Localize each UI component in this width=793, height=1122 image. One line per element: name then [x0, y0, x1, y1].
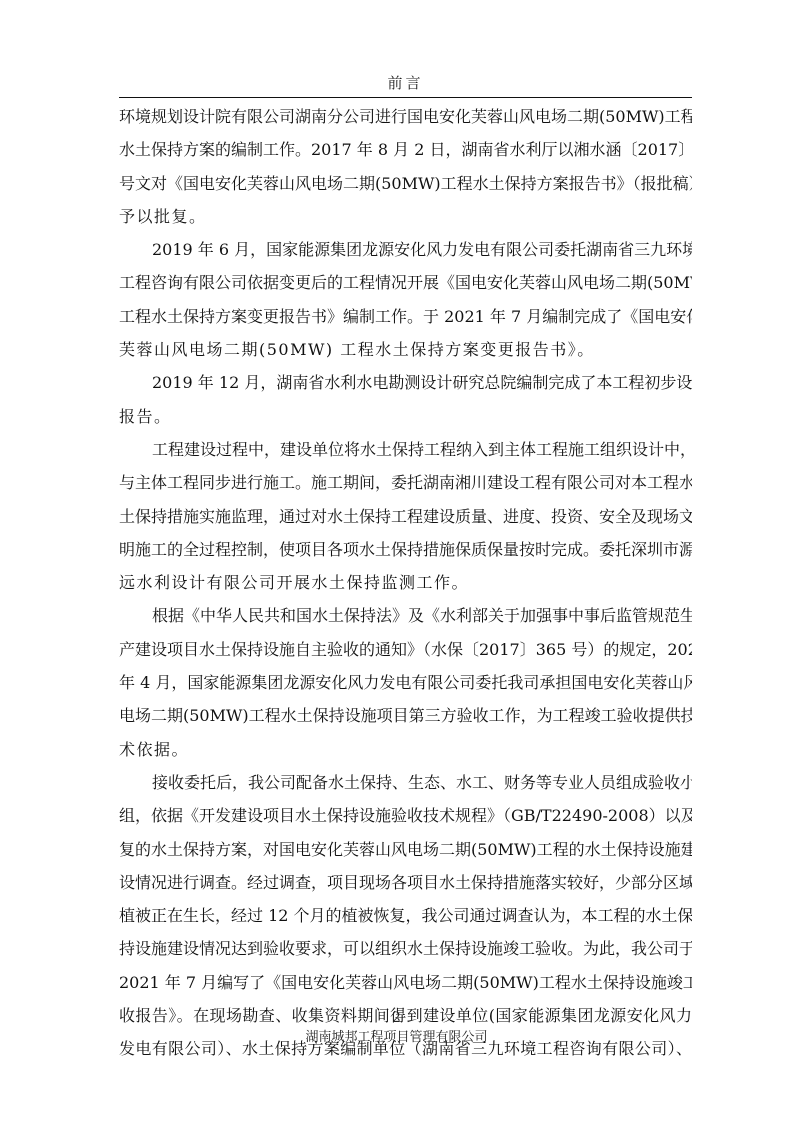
text-line: 工程咨询有限公司依据变更后的工程情况开展《国电安化芙蓉山风电场二期(50MW) [119, 266, 692, 299]
paragraph: 2019 年 12 月，湖南省水利水电勘测设计研究总院编制完成了本工程初步设计报… [119, 366, 692, 433]
text-line: 根据《中华人民共和国水土保持法》及《水利部关于加强事中事后监管规范生 [119, 599, 692, 632]
text-line: 予以批复。 [119, 200, 692, 233]
text-line: 术依据。 [119, 733, 692, 766]
text-line: 号文对《国电安化芙蓉山风电场二期(50MW)工程水土保持方案报告书》（报批稿） [119, 167, 692, 200]
text-line: 工程建设过程中，建设单位将水土保持工程纳入到主体工程施工组织设计中， [119, 433, 692, 466]
text-line: 组，依据《开发建设项目水土保持设施验收技术规程》（GB/T22490-2008）… [119, 799, 692, 832]
text-line: 远水利设计有限公司开展水土保持监测工作。 [119, 566, 692, 599]
text-line: 产建设项目水土保持设施自主验收的通知》（水保〔2017〕365 号）的规定，20… [119, 633, 692, 666]
text-line: 设情况进行调查。经过调查，项目现场各项目水土保持措施落实较好，少部分区域 [119, 866, 692, 899]
text-line: 明施工的全过程控制，使项目各项水土保持措施保质保量按时完成。委托深圳市源 [119, 533, 692, 566]
text-line: 芙蓉山风电场二期(50MW) 工程水土保持方案变更报告书》。 [119, 333, 692, 366]
text-line: 水土保持方案的编制工作。2017 年 8 月 2 日，湖南省水利厅以湘水涵〔20… [119, 133, 692, 166]
text-line: 土保持措施实施监理，通过对水土保持工程建设质量、进度、投资、安全及现场文 [119, 500, 692, 533]
text-line: 植被正在生长，经过 12 个月的植被恢复，我公司通过调查认为，本工程的水土保 [119, 899, 692, 932]
page-header-title: 前言 [119, 72, 692, 93]
paragraph: 2019 年 6 月，国家能源集团龙源安化风力发电有限公司委托湖南省三九环境工程… [119, 233, 692, 366]
text-line: 年 4 月，国家能源集团龙源安化风力发电有限公司委托我司承担国电安化芙蓉山风 [119, 666, 692, 699]
text-line: 报告。 [119, 400, 692, 433]
text-line: 电场二期(50MW)工程水土保持设施项目第三方验收工作，为工程竣工验收提供技 [119, 699, 692, 732]
text-line: 工程水土保持方案变更报告书》编制工作。于 2021 年 7 月编制完成了《国电安… [119, 300, 692, 333]
header-divider [119, 97, 692, 98]
text-line: 持设施建设情况达到验收要求，可以组织水土保持设施竣工验收。为此，我公司于 [119, 932, 692, 965]
text-line: 环境规划设计院有限公司湖南分公司进行国电安化芙蓉山风电场二期(50MW)工程 [119, 100, 692, 133]
footer-company-name: 湖南城邦工程项目管理有限公司 [0, 1026, 793, 1045]
text-line: 复的水土保持方案，对国电安化芙蓉山风电场二期(50MW)工程的水土保持设施建 [119, 833, 692, 866]
paragraph: 环境规划设计院有限公司湖南分公司进行国电安化芙蓉山风电场二期(50MW)工程水土… [119, 100, 692, 233]
text-line: 接收委托后，我公司配备水土保持、生态、水工、财务等专业人员组成验收小 [119, 766, 692, 799]
text-line: 2019 年 6 月，国家能源集团龙源安化风力发电有限公司委托湖南省三九环境 [119, 233, 692, 266]
text-line: 2021 年 7 月编写了《国电安化芙蓉山风电场二期(50MW)工程水土保持设施… [119, 966, 692, 999]
document-body: 环境规划设计院有限公司湖南分公司进行国电安化芙蓉山风电场二期(50MW)工程水土… [119, 100, 692, 1066]
page-number: 2 [0, 1010, 793, 1026]
text-line: 与主体工程同步进行施工。施工期间，委托湖南湘川建设工程有限公司对本工程水 [119, 466, 692, 499]
paragraph: 工程建设过程中，建设单位将水土保持工程纳入到主体工程施工组织设计中，与主体工程同… [119, 433, 692, 599]
text-line: 2019 年 12 月，湖南省水利水电勘测设计研究总院编制完成了本工程初步设计 [119, 366, 692, 399]
paragraph: 根据《中华人民共和国水土保持法》及《水利部关于加强事中事后监管规范生产建设项目水… [119, 599, 692, 765]
